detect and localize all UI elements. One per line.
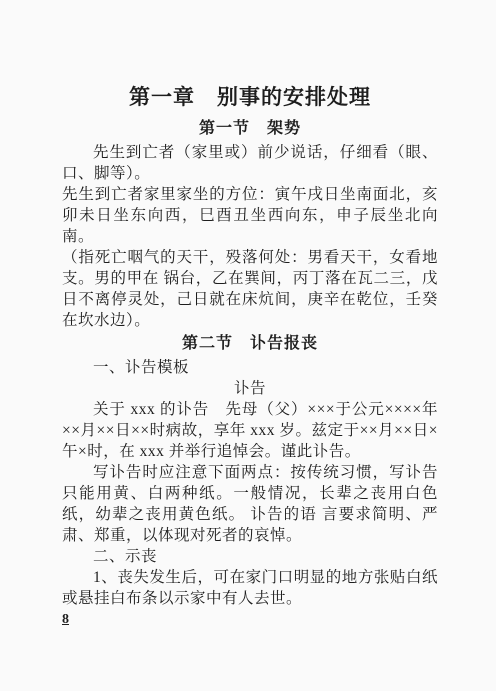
paragraph-heavenly-stems-note: （指死亡咽气的天干，殁落何处：男看天干，女看地支。男的甲在 锅台，乙在巽间，丙丁…: [62, 247, 438, 331]
chapter-title: 第一章 别事的安排处理: [62, 84, 438, 110]
section1-heading: 第一节 架势: [62, 118, 438, 140]
page-number: 8: [62, 610, 438, 630]
paragraph-advice: 先生到亡者（家里或）前少说话，仔细看（眼、口、脚等）。: [62, 142, 438, 184]
subheading-obituary-template: 一、讣告模板: [62, 357, 438, 378]
subheading-show-mourning: 二、示丧: [62, 546, 438, 567]
paragraph-obituary-notes: 写讣告时应注意下面两点：按传统习惯，写讣告只能用黄、白两种纸。一般情况，长辈之丧…: [62, 462, 438, 546]
paragraph-show-mourning: 1、丧失发生后，可在家门口明显的地方张贴白纸或悬挂白布条以示家中有人去世。: [62, 567, 438, 609]
section2-heading: 第二节 讣告报丧: [62, 333, 438, 355]
paragraph-sitting-direction: 先生到亡者家里家坐的方位：寅午戌日坐南面北，亥卯未日坐东向西，巳酉丑坐西向东，申…: [62, 184, 438, 247]
paragraph-obituary-template: 关于 xxx 的讣告 先母（父）×××于公元××××年××月××日××时病故，享…: [62, 399, 438, 462]
obituary-title: 讣告: [62, 378, 438, 399]
document-page: 第一章 别事的安排处理 第一节 架势 先生到亡者（家里或）前少说话，仔细看（眼、…: [0, 0, 496, 691]
